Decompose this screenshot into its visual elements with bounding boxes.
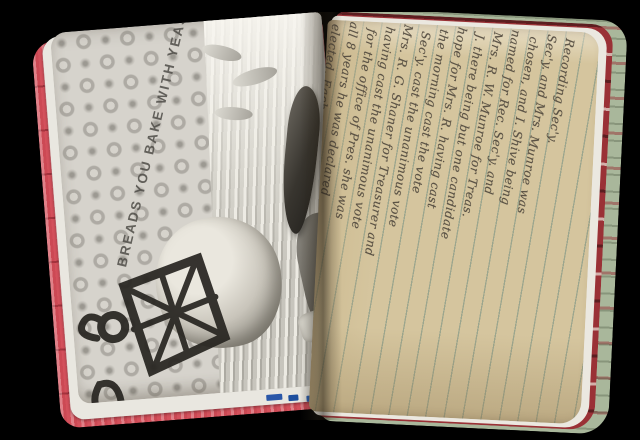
blue-print-fleck: [266, 394, 282, 401]
left-page-bread-advertisement: BREADS YOU BAKE WITH YEAST: [50, 12, 350, 404]
blue-print-fleck: [288, 394, 298, 401]
background-black: [0, 0, 640, 12]
photo-scene: BREADS YOU BAKE WITH YEAST Recording Sec…: [0, 0, 640, 440]
iron-trivet-icon: [58, 241, 247, 404]
right-page-diary-handwriting: Recording Sec'y.Sec'y. and Mrs. Munroe w…: [309, 20, 600, 425]
